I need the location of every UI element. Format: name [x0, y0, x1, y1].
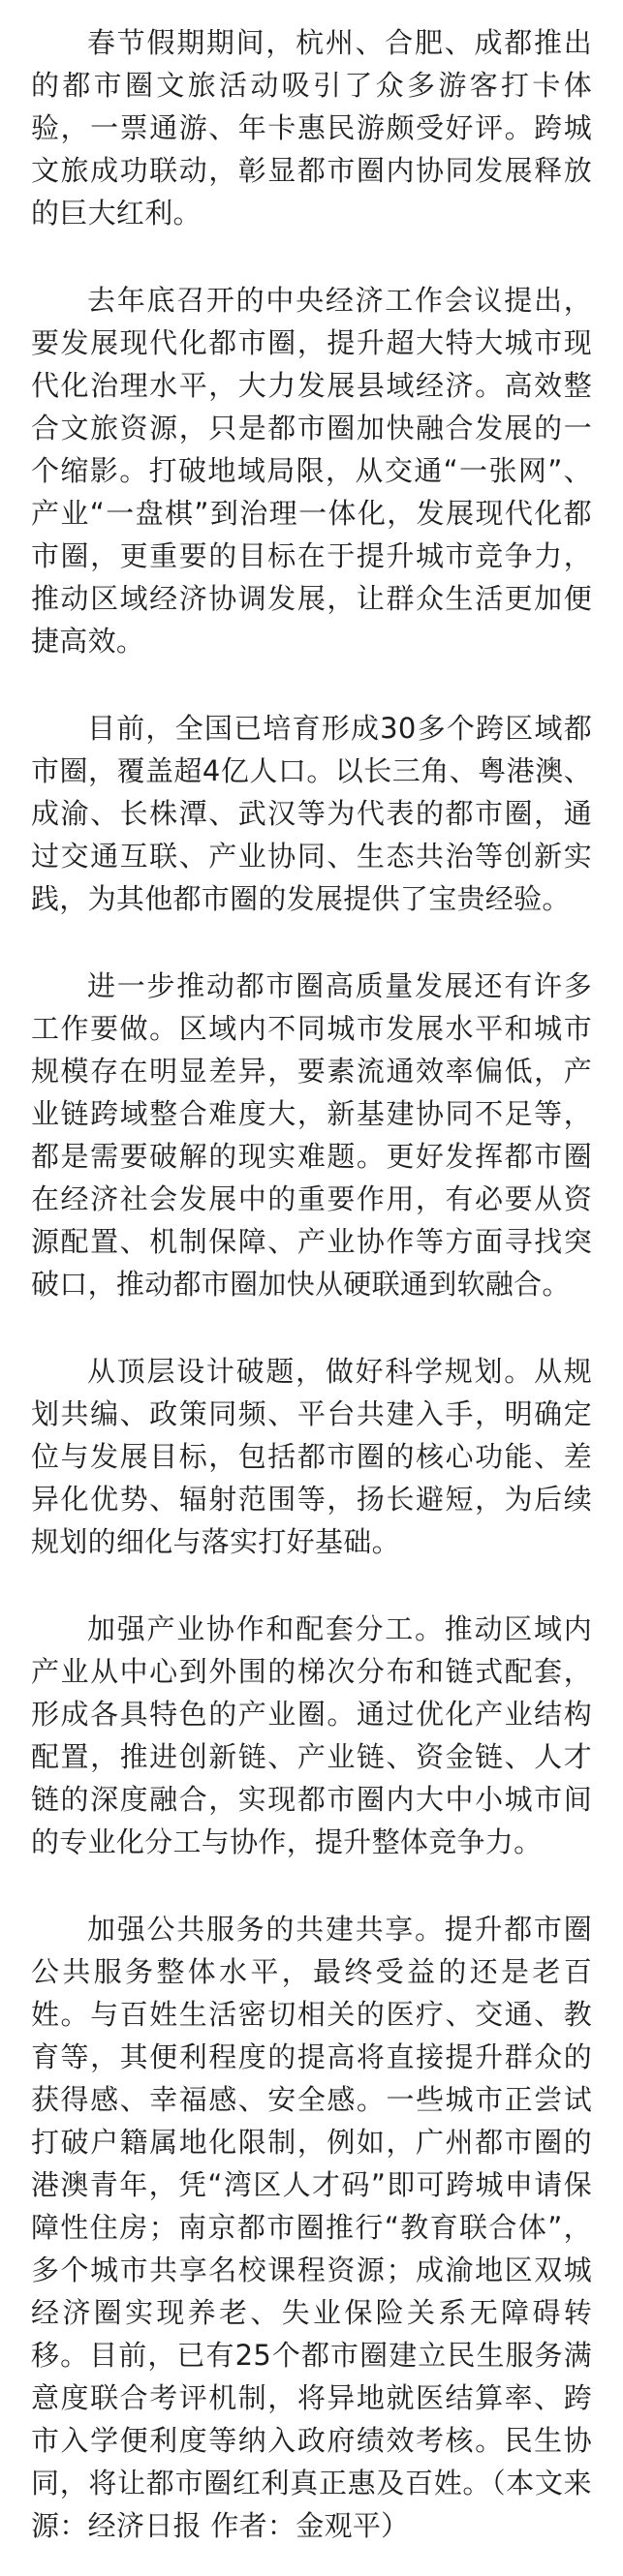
article-body: 春节假期期间，杭州、合肥、成都推出的都市圈文旅活动吸引了众多游客打卡体验，一票通…: [0, 0, 623, 2576]
article-paragraph-6: 加强产业协作和配套分工。推动区域内产业从中心到外围的梯次分布和链式配套，形成各具…: [31, 1608, 592, 1863]
article-paragraph-4: 进一步推动都市圈高质量发展还有许多工作要做。区域内不同城市发展水平和城市规模存在…: [31, 965, 592, 1305]
article-paragraph-7: 加强公共服务的共建共享。提升都市圈公共服务整体水平，最终受益的还是老百姓。与百姓…: [31, 1908, 592, 2547]
article-paragraph-1: 春节假期期间，杭州、合肥、成都推出的都市圈文旅活动吸引了众多游客打卡体验，一票通…: [31, 21, 592, 234]
article-paragraph-3: 目前，全国已培育形成30多个跨区域都市圈，覆盖超4亿人口。以长三角、粤港澳、成渝…: [31, 707, 592, 920]
article-paragraph-5: 从顶层设计破题，做好科学规划。从规划共编、政策同频、平台共建入手，明确定位与发展…: [31, 1350, 592, 1563]
article-paragraph-2: 去年底召开的中央经济工作会议提出，要发展现代化都市圈，提升超大特大城市现代化治理…: [31, 279, 592, 662]
